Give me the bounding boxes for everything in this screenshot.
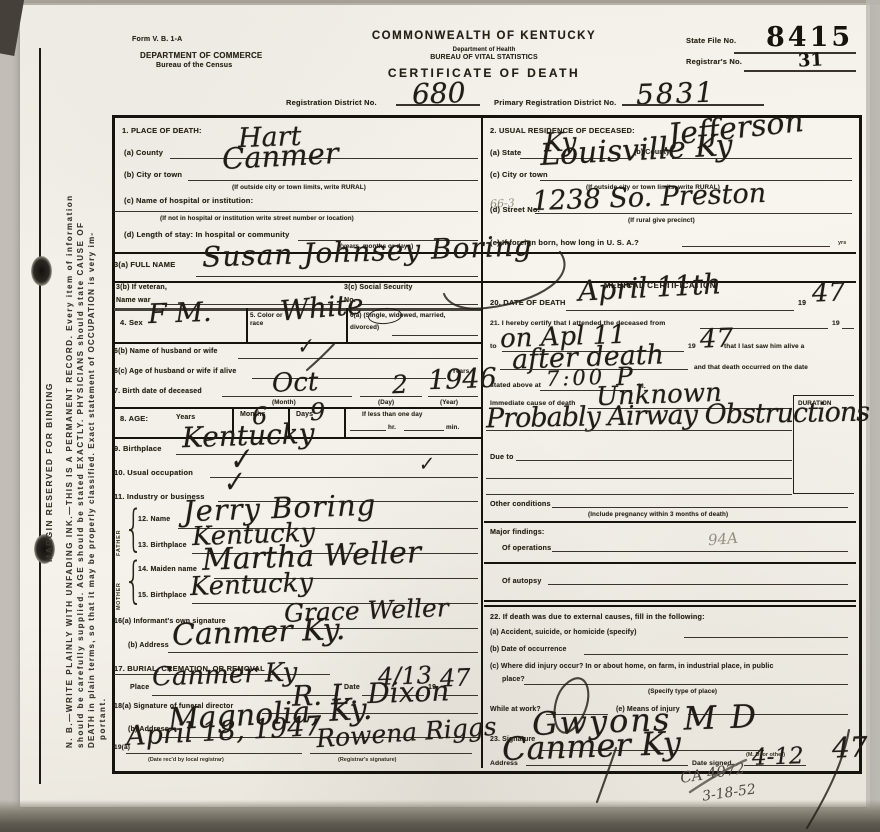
informant-address-value: Canmer Ky. — [172, 615, 346, 651]
date-signed-year: 47 — [832, 733, 869, 762]
state-file-number: 8415 — [766, 22, 853, 53]
margin-note-line2: should be carefully supplied. AGE should… — [76, 221, 85, 748]
birthplace-label: 9. Birthplace — [114, 444, 162, 453]
marital-prefix: 6(a) ( — [350, 312, 366, 319]
veteran-label: 3(b) If veteran, — [116, 284, 167, 291]
date-of-death-value: April 11th — [577, 270, 722, 305]
marital-divorced-label: divorced) — [350, 324, 379, 331]
pregnancy-note: (Include pregnancy within 3 months of de… — [588, 511, 728, 518]
scan-edge-top — [0, 0, 880, 5]
where-injury-label: (c) Where did injury occur? In or about … — [490, 663, 773, 670]
binding-fold-line — [39, 48, 41, 784]
external-causes-title: 22. If death was due to external causes,… — [490, 612, 705, 621]
husband-wife-checkmark: ✓ — [294, 335, 314, 358]
margin-note-line3: DEATH in plain terms, so that it may be … — [87, 232, 96, 748]
registrar-number: 31 — [797, 49, 823, 71]
hospital-label: (c) Name of hospital or institution: — [124, 196, 253, 205]
department-of-health: Department of Health — [334, 47, 634, 53]
precinct-note: (If rural give precinct) — [628, 217, 695, 224]
certify-line2-19: 19 — [688, 343, 696, 350]
form-number: Form V. B. 1-A — [132, 36, 182, 43]
accident-suicide-label: (a) Accident, suicide, or homicide (spec… — [490, 629, 637, 636]
duration-box — [793, 395, 854, 494]
punch-hole — [31, 256, 52, 286]
place-of-death-title: 1. PLACE OF DEATH: — [122, 126, 202, 135]
birth-month-value: Oct — [272, 369, 319, 397]
duration-label: DURATION — [798, 400, 832, 407]
of-autopsy-label: Of autopsy — [502, 576, 542, 585]
burial-place-value: Canmer Ky — [152, 659, 298, 690]
birth-year-value: 1946 — [428, 365, 498, 394]
certify-line2-end: that I last saw him alive a — [724, 343, 804, 350]
less-than-one-day-label: If less than one day — [362, 411, 422, 418]
county-label: (a) County — [124, 148, 163, 157]
margin-note-line1: N. B.—WRITE PLAINLY WITH UNFADING INK.—T… — [65, 194, 74, 748]
sex-label: 4. Sex — [120, 318, 143, 327]
birth-date-label: 7. Birth date of deceased — [114, 388, 202, 395]
operations-pencil-value: 94A — [707, 531, 738, 549]
margin-note-line4: portant. — [98, 697, 107, 740]
primary-district-label: Primary Registration District No. — [494, 98, 616, 107]
hr-label: hr. — [388, 424, 396, 431]
age-label: 8. AGE: — [120, 414, 148, 423]
occupation-label: 10. Usual occupation — [114, 468, 193, 477]
day-note: (Day) — [378, 399, 394, 406]
department-of-commerce: DEPARTMENT OF COMMERCE — [140, 51, 262, 60]
type-of-place-note: (Specify type of place) — [648, 688, 717, 695]
registrar-no-label: Registrar's No. — [686, 57, 742, 66]
husband-wife-label: 6(b) Name of husband or wife — [114, 348, 218, 355]
sex-value: F M. — [148, 299, 212, 328]
occupation-stray-checkmark: ✓ — [417, 455, 434, 475]
foreign-born-label: (e) If foreign born, how long in U. S. A… — [490, 238, 639, 247]
city-label: (b) City or town — [124, 170, 182, 179]
bureau-of-census: Bureau of the Census — [156, 62, 232, 69]
bureau-vital-statistics: BUREAU OF VITAL STATISTICS — [334, 54, 634, 61]
scan-edge-bottom — [0, 800, 880, 832]
margin-binding-text: MARGIN RESERVED FOR BINDING — [44, 382, 54, 562]
commonwealth-title: COMMONWEALTH OF KENTUCKY — [334, 30, 634, 42]
race-value: White — [279, 290, 365, 325]
mother-maiden-name-label: 14. Maiden name — [138, 566, 197, 573]
date-of-death-year: 47 — [812, 279, 846, 306]
father-side-label: FATHER — [116, 530, 122, 556]
color-race-label-2: race — [250, 320, 263, 327]
certify-line1-19: 19 — [832, 320, 840, 327]
yrs-label: yrs — [838, 240, 846, 246]
other-conditions-label: Other conditions — [490, 499, 551, 508]
mother-birthplace-label: 15. Birthplace — [138, 592, 187, 599]
name-war-label: Name war — [116, 297, 151, 304]
certificate-title: CERTIFICATE OF DEATH — [334, 66, 634, 80]
min-label: min. — [446, 424, 459, 431]
major-findings-label: Major findings: — [490, 527, 545, 536]
city-value: Canmer — [221, 139, 339, 174]
column-divider — [481, 115, 483, 768]
color-race-label-1: 5. Color or — [250, 312, 283, 319]
spouse-age-label: 6(c) Age of husband or wife if alive — [114, 368, 236, 375]
birth-day-value: 2 — [392, 372, 409, 398]
father-birthplace-label: 13. Birthplace — [138, 542, 187, 549]
mother-birthplace-value: Kentucky — [190, 570, 314, 600]
informant-address-label: (b) Address — [128, 642, 169, 649]
date-of-death-19: 19 — [798, 300, 806, 307]
registrar-signature-note: (Registrar's signature) — [338, 757, 396, 763]
certify-line3-end: and that death occurred on the date — [694, 364, 808, 371]
date-of-occurrence-label: (b) Date of occurrence — [490, 646, 567, 653]
year-note: (Year) — [440, 399, 458, 406]
street-no-value: 1238 So. Preston — [532, 180, 767, 215]
scanned-death-certificate: MARGIN RESERVED FOR BINDING N. B.—WRITE … — [0, 0, 880, 832]
state-file-label: State File No. — [686, 36, 736, 45]
father-name-label: 12. Name — [138, 516, 170, 523]
due-to-label: Due to — [490, 452, 514, 461]
burial-place-label: Place — [130, 684, 149, 691]
full-name-label: 3(a) FULL NAME — [114, 260, 175, 269]
month-note: (Month) — [272, 399, 296, 406]
date-received-note: (Date rec'd by local registrar) — [148, 757, 224, 763]
certify-to-label: to — [490, 343, 497, 350]
physician-address-value: Canmer Ky — [501, 727, 681, 765]
registration-district-label: Registration District No. — [286, 98, 377, 107]
residence-city-label: (c) City or town — [490, 170, 548, 179]
date-of-death-label: 20. DATE OF DEATH — [490, 298, 566, 307]
residence-state-label: (a) State — [490, 148, 521, 157]
of-operations-label: Of operations — [502, 543, 551, 552]
stated-above-label: stated above at — [490, 382, 541, 389]
rural-note: (If outside city or town limits, write R… — [232, 184, 366, 191]
street-location-note: (If not in hospital or institution write… — [160, 215, 354, 222]
where-injury-label-2: place? — [502, 676, 525, 683]
mother-side-label: MOTHER — [116, 583, 122, 610]
